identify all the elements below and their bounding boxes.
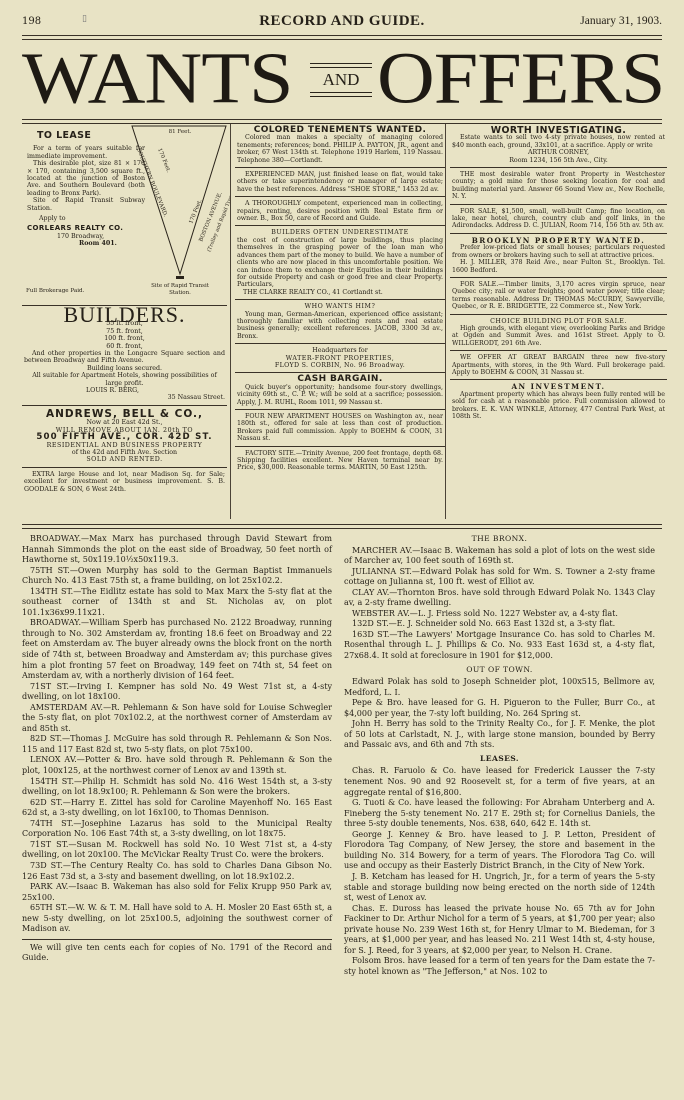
plot-diagram-icon: 81 Feet. SOUTHERN BOULEVARD. 170 Feet. 1… xyxy=(130,124,230,300)
news-item: Folsom Bros. have leased for a term of t… xyxy=(344,956,655,977)
ad-line: RESIDENTIAL AND BUSINESS PROPERTY xyxy=(24,442,225,449)
news-item: 62D ST.—Harry E. Zittel has sold for Car… xyxy=(22,798,332,819)
ad-investment: AN INVESTMENT. Apartment property which … xyxy=(450,380,667,423)
news-item: Edward Polak has sold to Joseph Schneide… xyxy=(344,677,655,698)
ad-heading: WORTH INVESTIGATING. xyxy=(452,127,665,134)
section-heading-bronx: THE BRONX. xyxy=(344,534,655,545)
classified-ads: TO LEASE For a term of years suitable fo… xyxy=(22,124,662,519)
ad-heading: BUILDERS OFTEN UNDERESTIMATE xyxy=(237,229,443,236)
ad-text: EXPERIENCED MAN, just finished lease on … xyxy=(237,171,443,193)
news-item: BROADWAY.—William Sperb has purchased No… xyxy=(22,618,332,681)
ad-text: Building loans secured. xyxy=(24,365,225,372)
ad-text: Colored man makes a specialty of managin… xyxy=(237,134,443,164)
ad-text: High grounds, with elegant view, overloo… xyxy=(452,325,665,347)
ad-text: Estate wants to sell two 4-sty private h… xyxy=(452,134,665,149)
news-item: 71ST ST.—Susan M. Rockwell has sold No. … xyxy=(22,840,332,861)
section-heading-leases: LEASES. xyxy=(344,754,655,765)
ad-text: FOR SALE, $1,500, small, well-built Camp… xyxy=(452,208,665,230)
ad-text: Apply to xyxy=(27,215,145,222)
ad-line: Headquarters for xyxy=(237,347,443,354)
news-item: 163D ST.—The Lawyers' Mortgage Insurance… xyxy=(344,630,655,662)
news-item: J. B. Ketcham has leased for H. Ungrich,… xyxy=(344,872,655,904)
ad-signature: ARTHUR CORNEY, xyxy=(452,149,665,156)
news-item: BROADWAY.—Max Marx has purchased through… xyxy=(22,534,332,566)
ad-text: And other properties in the Longacre Squ… xyxy=(24,350,225,365)
ad-heading: CASH BARGAIN. xyxy=(237,376,443,383)
ad-goodale: EXTRA large House and lot, near Madison … xyxy=(22,468,227,496)
news-item: MARCHER AV.—Isaac B. Wakeman has sold a … xyxy=(344,546,655,567)
ad-heading: AN INVESTMENT. xyxy=(452,383,665,390)
svg-text:Station.: Station. xyxy=(169,290,191,296)
news-item: G. Tuoti & Co. have leased the following… xyxy=(344,798,655,830)
ad-text: FACTORY SITE.—Trinity Avenue, 200 feet f… xyxy=(237,450,443,472)
ad-address: Room 401. xyxy=(27,240,145,247)
footnote: We will give ten cents each for copies o… xyxy=(22,943,332,964)
svg-text:170 Feet.: 170 Feet. xyxy=(156,148,171,174)
ad-line: 500 FIFTH AVE., COR. 42D ST. xyxy=(24,434,225,441)
ad-heading: WHO WANTS HIM? xyxy=(237,303,443,310)
news-item: 132D ST.—E. J. Schneider sold No. 663 Ea… xyxy=(344,619,655,630)
ad-underestimate: BUILDERS OFTEN UNDERESTIMATE the cost of… xyxy=(235,226,445,300)
ad-signature: THE CLARKE REALTY CO., 41 Cortlandt st. xyxy=(237,289,443,296)
news-item: CLAY AV.—Thornton Bros. have sold throug… xyxy=(344,588,655,609)
news-item: WEBSTER AV.—L. J. Friess sold No. 1227 W… xyxy=(344,609,655,620)
ad-brooklyn-wanted: BROOKLYN PROPERTY WANTED. Prefer low-pri… xyxy=(450,234,667,278)
news-item: George J. Kenney & Bro. have leased to J… xyxy=(344,830,655,872)
masthead-wants: WANTS xyxy=(22,42,293,116)
ad-westchester: THE most desirable water front Property … xyxy=(450,168,667,205)
ad-text: This desirable plot, size 81 × 170 × 170… xyxy=(27,160,145,197)
news-item: LENOX AV.—Potter & Bro. have sold throug… xyxy=(22,755,332,776)
masthead: WANTS AND OFFERS xyxy=(22,44,662,116)
ad-signature: LOUIS R. BERG, xyxy=(24,387,225,394)
ads-column-3: WORTH INVESTIGATING. Estate wants to sel… xyxy=(445,124,667,519)
news-item: 65TH ST.—W. W. & T. M. Hall have sold to… xyxy=(22,903,332,935)
ad-line: WATER-FRONT PROPERTIES, xyxy=(237,355,443,362)
ad-line: 55 ft. front, xyxy=(24,320,225,327)
ad-text: WE OFFER AT GREAT BARGAIN three new five… xyxy=(452,354,665,376)
masthead-and: AND xyxy=(310,70,372,90)
ad-line: FLOYD S. CORBIN, No. 96 Broadway. xyxy=(237,362,443,369)
footnote-rule xyxy=(22,939,332,940)
ad-waterfront: Headquarters for WATER-FRONT PROPERTIES,… xyxy=(235,344,445,373)
ad-great-bargain: WE OFFER AT GREAT BARGAIN three new five… xyxy=(450,351,667,380)
masthead-offers: OFFERS xyxy=(377,42,664,116)
publication-title: RECORD AND GUIDE. xyxy=(22,13,662,30)
svg-text:81 Feet.: 81 Feet. xyxy=(169,129,192,135)
ad-factory-site: FACTORY SITE.—Trinity Avenue, 200 feet f… xyxy=(235,447,445,475)
news-item: 74TH ST.—Josephine Lazarus has sold to t… xyxy=(22,819,332,840)
news-item: Chas. R. Faruolo & Co. have leased for F… xyxy=(344,766,655,798)
ad-text: For a term of years suitable for immedia… xyxy=(27,145,145,160)
news-item: 75TH ST.—Owen Murphy has sold to the Ger… xyxy=(22,566,332,587)
news-item: AMSTERDAM AV.—R. Pehlemann & Son have so… xyxy=(22,703,332,735)
ad-timber: FOR SALE.—Timber limits, 3,170 acres vir… xyxy=(450,278,667,315)
ad-builders: BUILDERS. 55 ft. front, 75 ft. front, 10… xyxy=(22,306,227,406)
issue-date: January 31, 1903. xyxy=(580,15,662,27)
brokerage-note: Full Brokerage Paid. xyxy=(26,288,84,295)
ad-thoroughly-competent: A THOROUGHLY competent, experienced man … xyxy=(235,197,445,226)
ad-text: Quick buyer's opportunity; handsome four… xyxy=(237,384,443,406)
ad-to-lease: TO LEASE For a term of years suitable fo… xyxy=(22,124,227,306)
ad-text: Young man, German-American, experienced … xyxy=(237,311,443,341)
ad-line: SOLD AND RENTED. xyxy=(24,456,225,463)
ad-experienced-man: EXPERIENCED MAN, just finished lease on … xyxy=(235,168,445,197)
news-item: 154TH ST.—Philip H. Schmidt has sold No.… xyxy=(22,777,332,798)
news-item: 134TH ST.—The Eidlitz estate has sold to… xyxy=(22,587,332,619)
ad-choice-plot: CHOICE BUILDING PLOT FOR SALE. High grou… xyxy=(450,315,667,352)
news-item: JULIANNA ST.—Edward Polak has sold for W… xyxy=(344,567,655,588)
ad-heading: BUILDERS. xyxy=(24,311,225,318)
ad-heading: TO LEASE xyxy=(37,132,145,139)
ad-address: Room 1234, 156 5th Ave., City. xyxy=(452,157,665,164)
news-item: Chas. E. Duross has leased the private h… xyxy=(344,904,655,957)
running-head: 198 ▯ RECORD AND GUIDE. January 31, 1903… xyxy=(22,8,662,28)
ad-heading: CHOICE BUILDING PLOT FOR SALE. xyxy=(452,318,665,325)
news-rule xyxy=(22,524,662,529)
ad-text: A THOROUGHLY competent, experienced man … xyxy=(237,200,443,222)
ad-signature: H. J. MILLER, 378 Reid Ave., near Fulton… xyxy=(452,259,665,274)
ad-camp: FOR SALE, $1,500, small, well-built Camp… xyxy=(450,205,667,234)
company-name: CORLEARS REALTY CO. xyxy=(27,225,145,232)
news-item: 71ST ST.—Irving I. Kempner has sold No. … xyxy=(22,682,332,703)
ads-column-2: COLORED TENEMENTS WANTED. Colored man ma… xyxy=(230,124,445,519)
ads-column-1: TO LEASE For a term of years suitable fo… xyxy=(22,124,227,519)
ad-text: Prefer low-priced flats or small houses;… xyxy=(452,244,665,259)
ad-text: All suitable for Apartment Hotels, showi… xyxy=(24,372,225,387)
ad-text: EXTRA large House and lot, near Madison … xyxy=(24,471,225,493)
ad-heading: BROOKLYN PROPERTY WANTED. xyxy=(452,237,665,244)
ad-line: of the 42d and Fifth Ave. Section xyxy=(24,449,225,456)
news-column-right: THE BRONX. MARCHER AV.—Isaac B. Wakeman … xyxy=(344,534,655,977)
ad-worth-investigating: WORTH INVESTIGATING. Estate wants to sel… xyxy=(450,124,667,168)
ad-line: Now at 20 East 42d St., xyxy=(24,419,225,426)
ad-text: FOR SALE.—Timber limits, 3,170 acres vir… xyxy=(452,281,665,311)
newspaper-page: 198 ▯ RECORD AND GUIDE. January 31, 1903… xyxy=(0,0,684,1100)
ad-text: FOUR NEW APARTMENT HOUSES on Washington … xyxy=(237,413,443,443)
ad-text: Apartment property which has always been… xyxy=(452,391,665,421)
ad-four-new-apartments: FOUR NEW APARTMENT HOUSES on Washington … xyxy=(235,410,445,447)
ad-andrews-bell: ANDREWS, BELL & CO., Now at 20 East 42d … xyxy=(22,406,227,468)
ad-address: 35 Nassau Street. xyxy=(24,394,225,401)
ad-line: 60 ft. front, xyxy=(24,343,225,350)
ad-address: 170 Broadway, xyxy=(27,233,145,240)
ad-colored-tenements: COLORED TENEMENTS WANTED. Colored man ma… xyxy=(235,124,445,168)
ad-who-wants-him: WHO WANTS HIM? Young man, German-America… xyxy=(235,300,445,344)
ad-heading: ANDREWS, BELL & CO., xyxy=(24,411,225,418)
ad-text: Site of Rapid Transit Subway Station. xyxy=(27,197,145,212)
ad-line: 100 ft. front, xyxy=(24,335,225,342)
news-item: John H. Berry has sold to the Trinity Re… xyxy=(344,719,655,751)
news-column-left: BROADWAY.—Max Marx has purchased through… xyxy=(22,534,332,964)
ad-text: the cost of construction of large buildi… xyxy=(237,237,443,289)
news-item: Pepe & Bro. have leased for G. H. Piguer… xyxy=(344,698,655,719)
ad-text: THE most desirable water front Property … xyxy=(452,171,665,201)
ad-cash-bargain: CASH BARGAIN. Quick buyer's opportunity;… xyxy=(235,373,445,410)
news-item: 73D ST.—The Century Realty Co. has sold … xyxy=(22,861,332,882)
svg-text:Site of Rapid Transit: Site of Rapid Transit xyxy=(151,283,210,289)
section-heading-out-of-town: OUT OF TOWN. xyxy=(344,665,655,676)
svg-text:170 Feet.: 170 Feet. xyxy=(188,198,203,224)
news-item: 82D ST.—Thomas J. McGuire has sold throu… xyxy=(22,734,332,755)
news-item: PARK AV.—Isaac B. Wakeman has also sold … xyxy=(22,882,332,903)
ad-heading: COLORED TENEMENTS WANTED. xyxy=(237,127,443,134)
ad-line: 75 ft. front, xyxy=(24,328,225,335)
svg-text:(Trolley and Rapid Transit Sub: (Trolley and Rapid Transit Subway.) xyxy=(205,166,230,253)
